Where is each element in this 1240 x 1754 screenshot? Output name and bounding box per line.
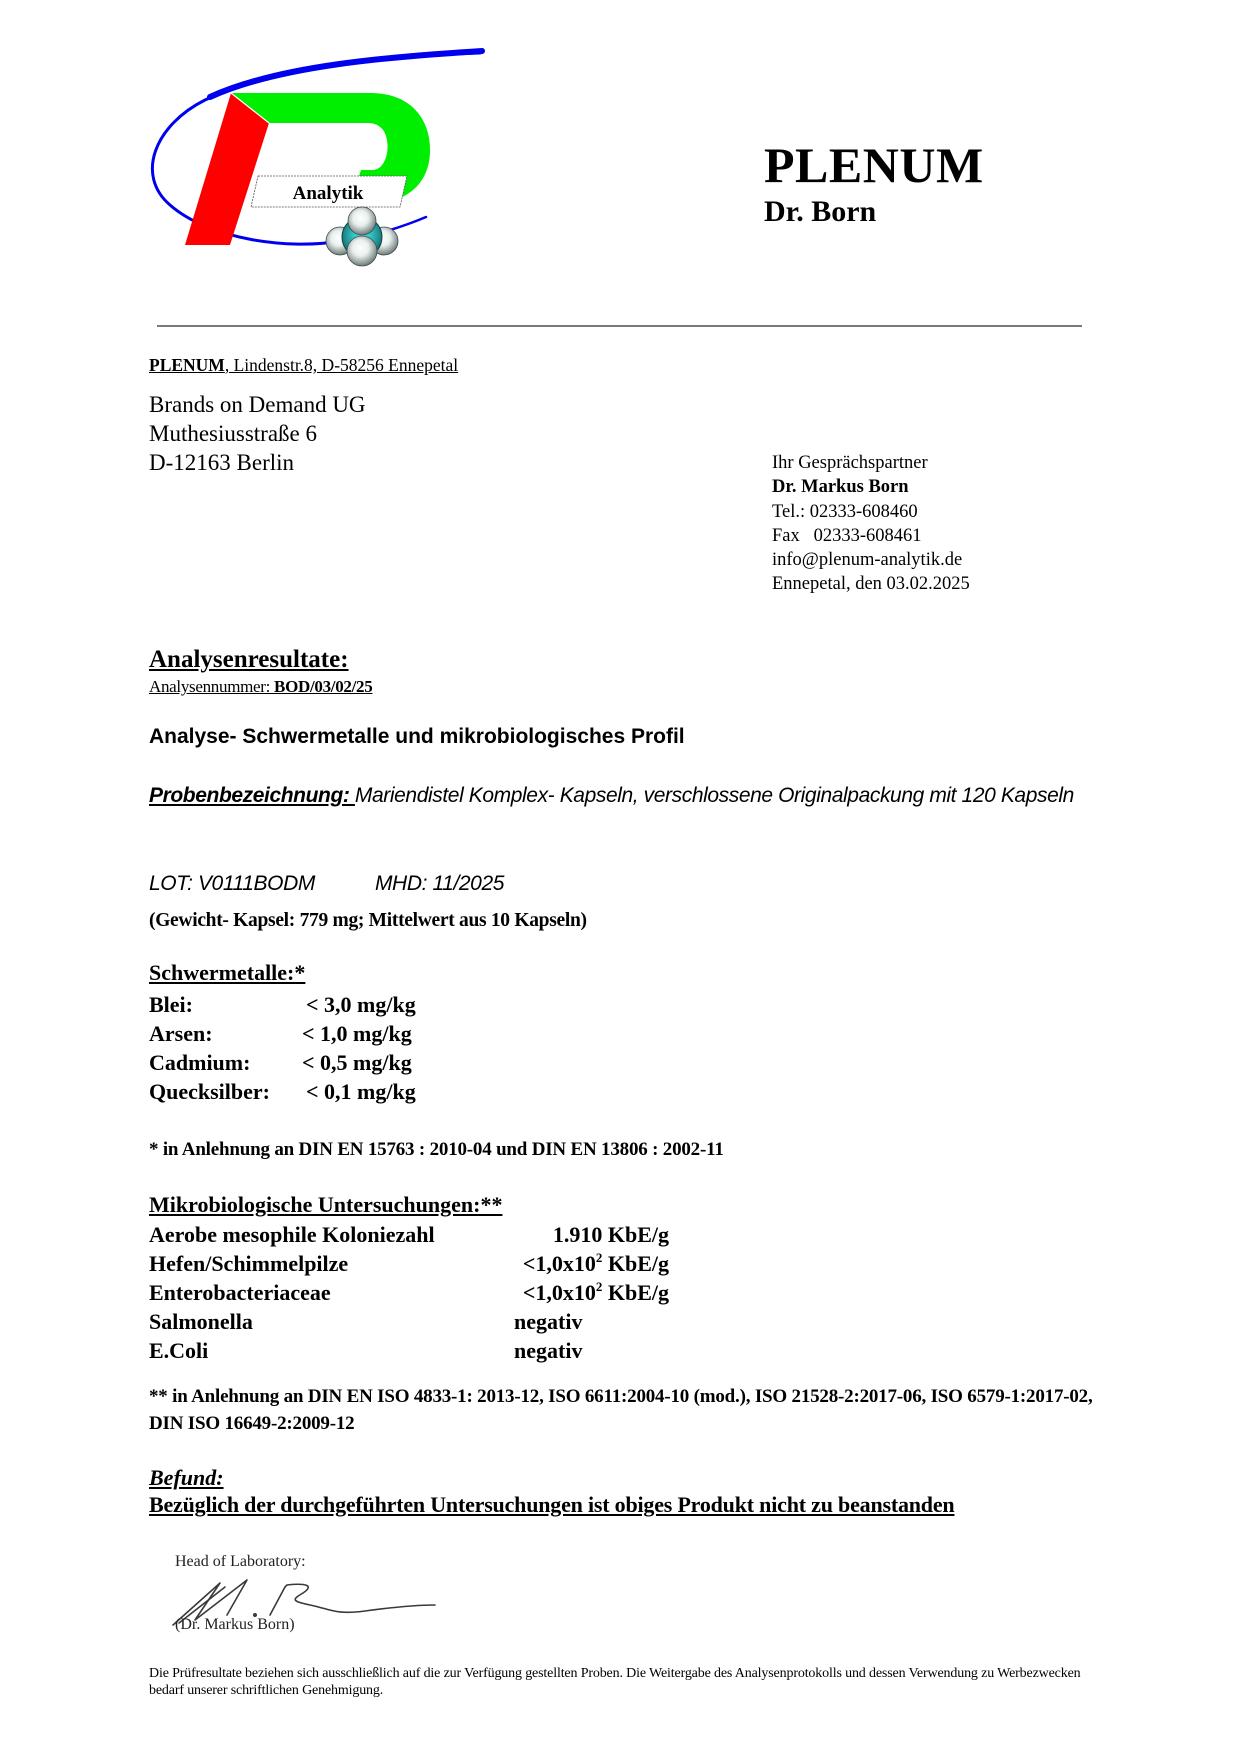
contact-name: Dr. Markus Born xyxy=(772,475,970,499)
metal-value: < 1,0 mg/kg xyxy=(302,1019,412,1048)
metal-name: Blei: xyxy=(149,990,193,1019)
sample-label: Probenbezeichnung: xyxy=(149,784,355,807)
test-name: Aerobe mesophile Koloniezahl xyxy=(149,1220,435,1249)
header-divider xyxy=(157,325,1082,327)
logo-text: Analytik xyxy=(293,183,364,204)
test-name: Hefen/Schimmelpilze xyxy=(149,1249,348,1278)
lot-number: LOT: V0111BODM xyxy=(149,872,315,895)
microbiology-method-note: ** in Anlehnung an DIN EN ISO 4833-1: 20… xyxy=(149,1383,1099,1437)
table-row: Quecksilber: < 0,1 mg/kg xyxy=(149,1077,449,1106)
contact-tel: Tel.: 02333-608460 xyxy=(772,500,970,524)
metal-value: < 3,0 mg/kg xyxy=(306,990,416,1019)
red-p-shape xyxy=(185,93,269,245)
contact-label: Ihr Gesprächspartner xyxy=(772,451,970,475)
finding-text: Bezüglich der durchgeführten Untersuchun… xyxy=(149,1492,954,1518)
finding-label: Befund: xyxy=(149,1465,224,1491)
metal-name: Cadmium: xyxy=(149,1048,250,1077)
analysis-number: Analysennummer: BOD/03/02/25 xyxy=(149,677,372,697)
recipient-street: Muthesiusstraße 6 xyxy=(149,419,366,448)
analysis-title: Analyse- Schwermetalle und mikrobiologis… xyxy=(149,725,685,749)
table-row: Cadmium: < 0,5 mg/kg xyxy=(149,1048,449,1077)
table-row: Hefen/Schimmelpilze <1,0x102 KbE/g xyxy=(149,1249,669,1278)
heavy-metals-method-note: * in Anlehnung an DIN EN 15763 : 2010-04… xyxy=(149,1139,724,1161)
brand-title: PLENUM xyxy=(764,136,984,194)
metal-name: Quecksilber: xyxy=(149,1077,270,1106)
lot-mhd-line: LOT: V0111BODMMHD: 11/2025 xyxy=(149,872,504,896)
sample-description: Mariendistel Komplex- Kapseln, verschlos… xyxy=(355,784,1074,807)
test-value: negativ xyxy=(514,1307,582,1336)
brand-subtitle: Dr. Born xyxy=(764,195,876,229)
table-row: Aerobe mesophile Koloniezahl 1.910 KbE/g xyxy=(149,1220,669,1249)
test-value: 1.910 KbE/g xyxy=(553,1220,669,1249)
sender-company: PLENUM xyxy=(149,355,225,375)
microbiology-title: Mikrobiologische Untersuchungen:** xyxy=(149,1192,502,1218)
heavy-metals-title: Schwermetalle:* xyxy=(149,960,305,986)
capsule-weight: (Gewicht- Kapsel: 779 mg; Mittelwert aus… xyxy=(149,910,587,932)
signature-head-label: Head of Laboratory: xyxy=(175,1553,306,1571)
contact-place-date: Ennepetal, den 03.02.2025 xyxy=(772,572,970,596)
plenum-analytik-logo: Analytik xyxy=(150,45,490,305)
table-row: Arsen: < 1,0 mg/kg xyxy=(149,1019,449,1048)
recipient-city: D-12163 Berlin xyxy=(149,448,366,477)
contact-email[interactable]: info@plenum-analytik.de xyxy=(772,548,970,572)
test-value: <1,0x102 KbE/g xyxy=(523,1278,669,1307)
contact-fax: Fax 02333-608461 xyxy=(772,524,970,548)
recipient-address: Brands on Demand UG Muthesiusstraße 6 D-… xyxy=(149,390,366,477)
table-row: Blei: < 3,0 mg/kg xyxy=(149,990,449,1019)
sample-designation: Probenbezeichnung: Mariendistel Komplex-… xyxy=(149,780,1099,812)
recipient-company: Brands on Demand UG xyxy=(149,390,366,419)
analysis-number-label: Analysennummer: xyxy=(149,677,274,696)
test-name: Enterobacteriaceae xyxy=(149,1278,331,1307)
metal-name: Arsen: xyxy=(149,1019,213,1048)
heavy-metals-table: Blei: < 3,0 mg/kg Arsen: < 1,0 mg/kg Cad… xyxy=(149,990,449,1106)
test-value: <1,0x102 KbE/g xyxy=(523,1249,669,1278)
sender-address: , Lindenstr.8, D-58256 Ennepetal xyxy=(225,355,458,375)
best-before: MHD: 11/2025 xyxy=(375,872,504,896)
sender-address-line: PLENUM, Lindenstr.8, D-58256 Ennepetal xyxy=(149,355,458,376)
test-name: E.Coli xyxy=(149,1336,208,1365)
metal-value: < 0,5 mg/kg xyxy=(302,1048,412,1077)
results-title: Analysenresultate: xyxy=(149,646,349,674)
disclaimer: Die Prüfresultate beziehen sich ausschli… xyxy=(149,1665,1099,1699)
table-row: E.Coli negativ xyxy=(149,1336,669,1365)
contact-block: Ihr Gesprächspartner Dr. Markus Born Tel… xyxy=(772,451,970,597)
test-value: negativ xyxy=(514,1336,582,1365)
microbiology-table: Aerobe mesophile Koloniezahl 1.910 KbE/g… xyxy=(149,1220,669,1365)
signature-name: (Dr. Markus Born) xyxy=(175,1616,295,1634)
test-name: Salmonella xyxy=(149,1307,253,1336)
analysis-number-value: BOD/03/02/25 xyxy=(274,677,372,696)
molecule-icon xyxy=(326,207,398,266)
table-row: Enterobacteriaceae <1,0x102 KbE/g xyxy=(149,1278,669,1307)
metal-value: < 0,1 mg/kg xyxy=(306,1077,416,1106)
table-row: Salmonella negativ xyxy=(149,1307,669,1336)
